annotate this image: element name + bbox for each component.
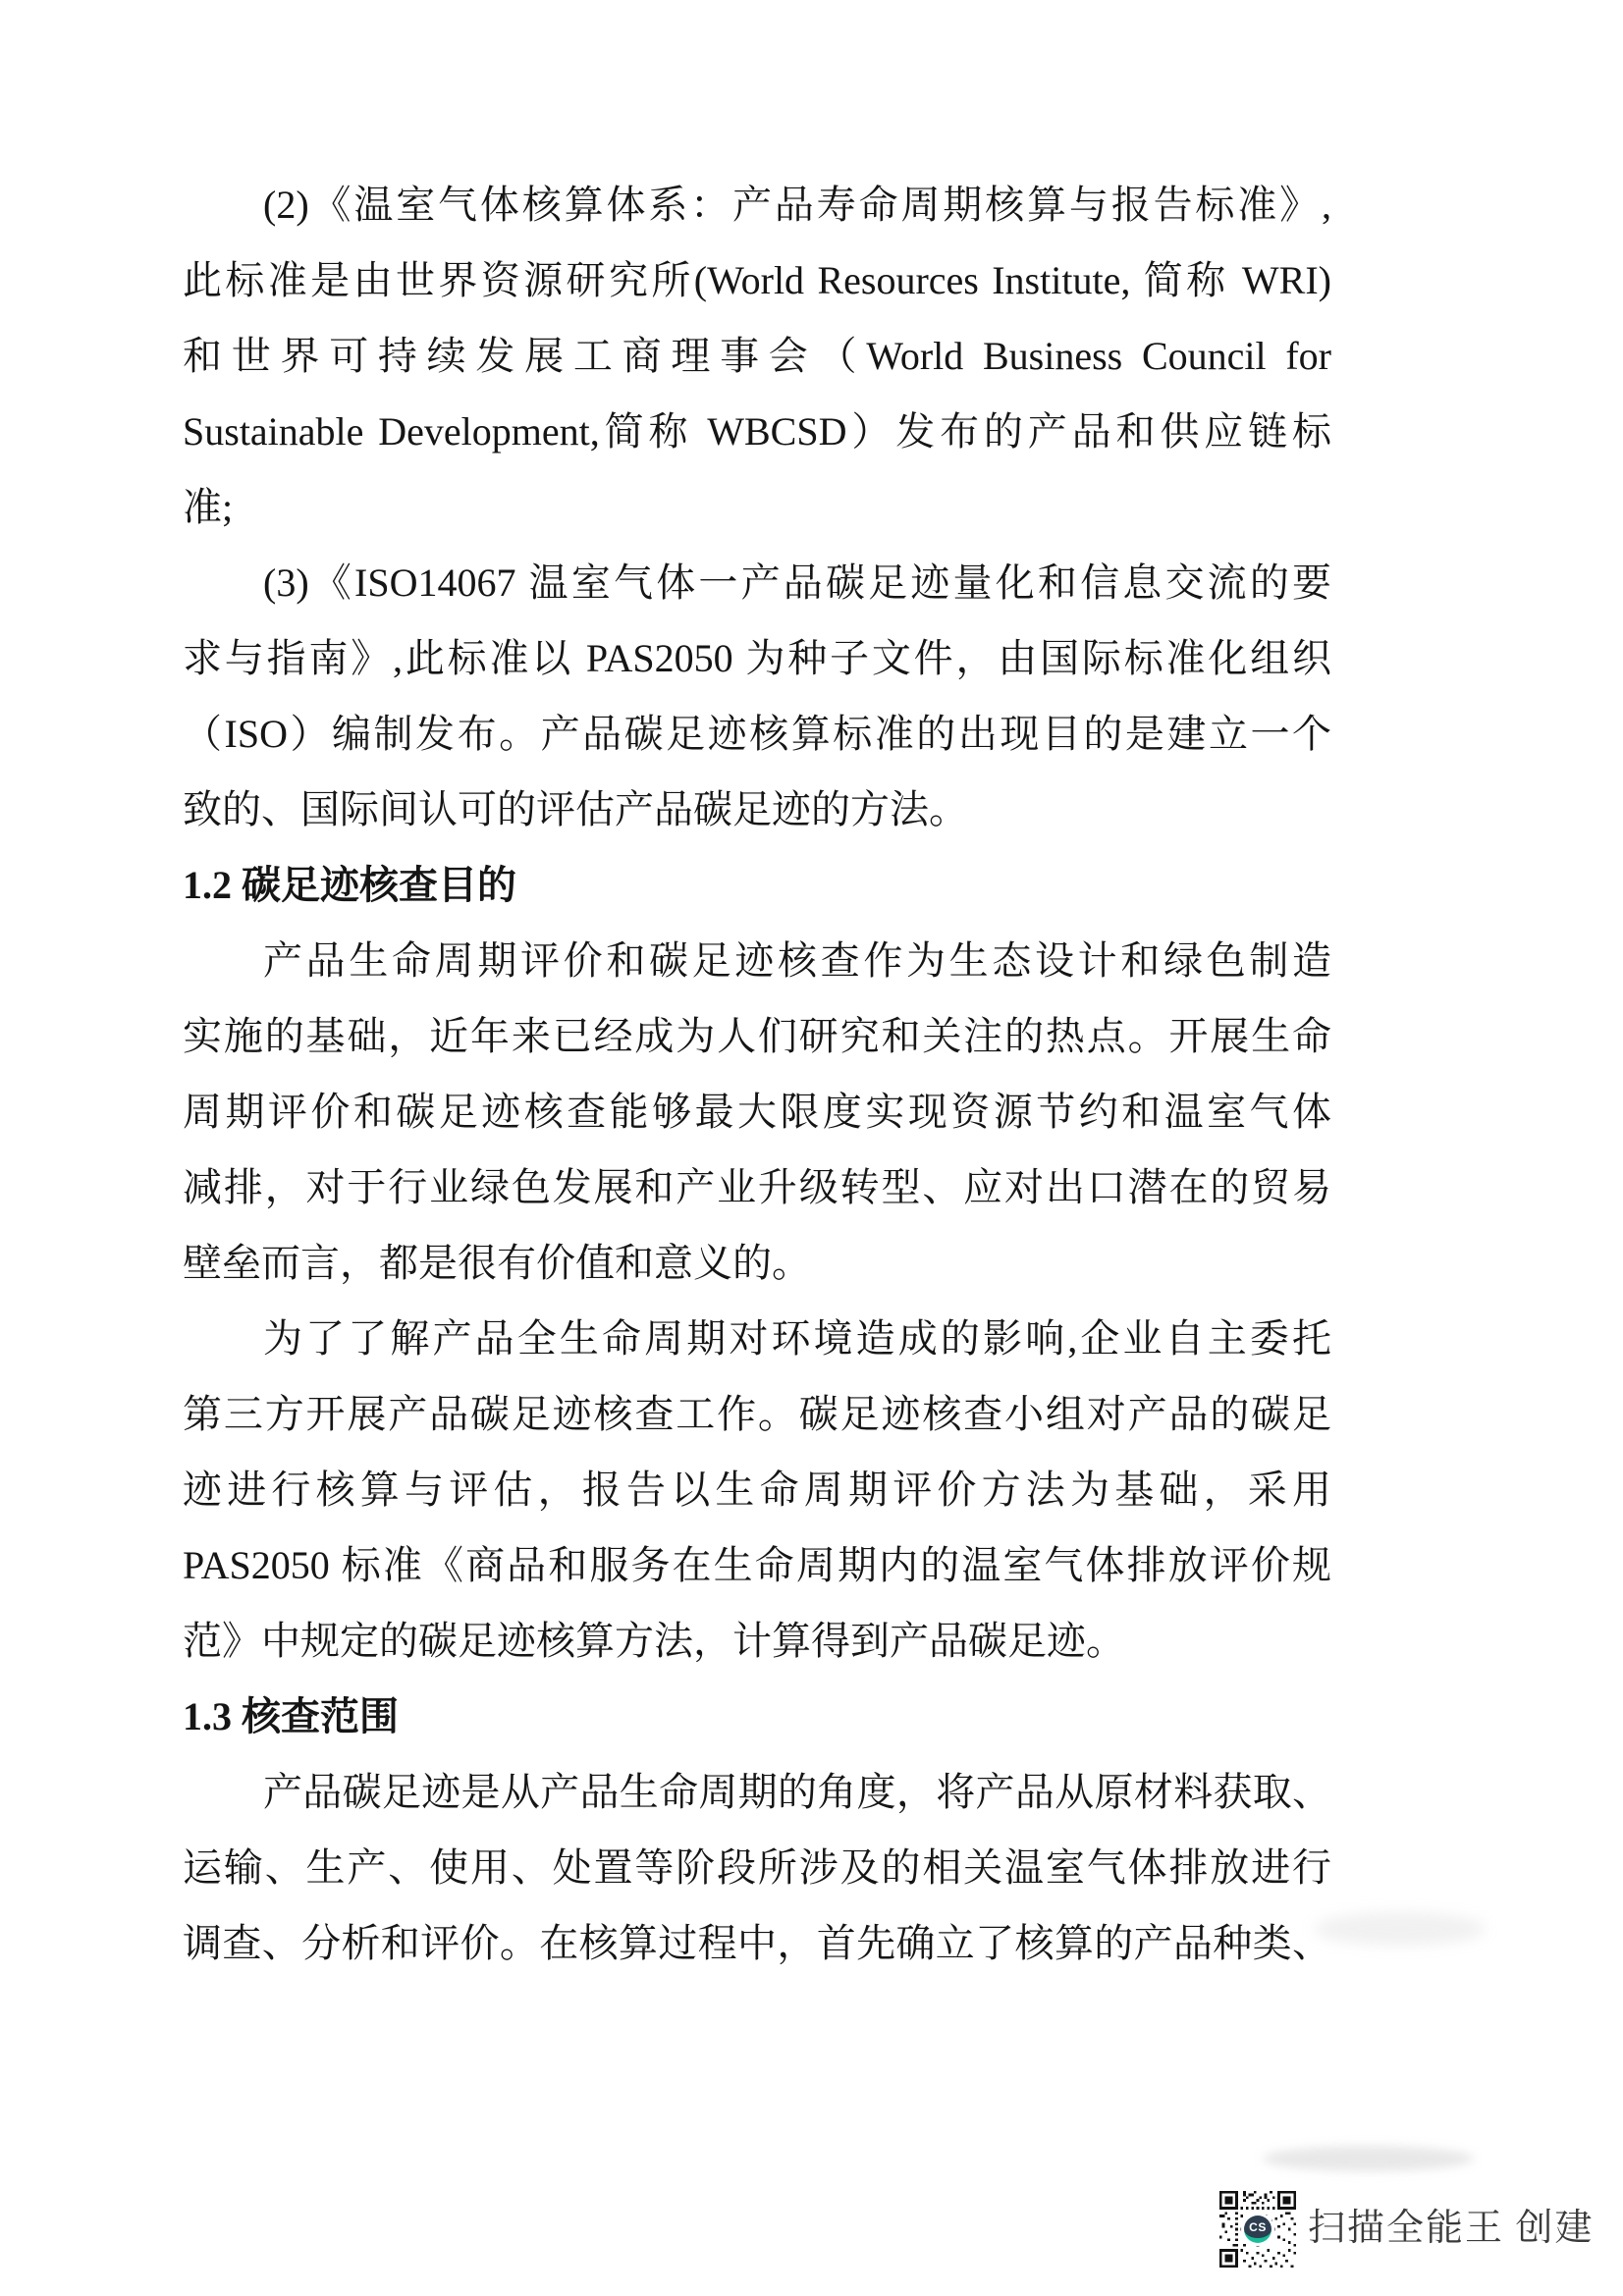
text-line: 求与指南》,此标准以 PAS2050 为种子文件，由国际标准化组织 bbox=[183, 620, 1331, 696]
camscanner-stamp-label: 扫描全能王 创建 bbox=[1308, 2209, 1595, 2248]
text-line: 和世界可持续发展工商理事会（World Business Council for bbox=[183, 318, 1331, 394]
text-line: 第三方开展产品碳足迹核查工作。碳足迹核查小组对产品的碳足 bbox=[183, 1376, 1331, 1452]
scan-artifact bbox=[1314, 1912, 1486, 1946]
text-line: (2)《温室气体核算体系：产品寿命周期核算与报告标准》, bbox=[183, 167, 1331, 242]
text-line: 范》中规定的碳足迹核算方法，计算得到产品碳足迹。 bbox=[183, 1603, 1331, 1679]
scan-artifact bbox=[1263, 2146, 1474, 2171]
text-line: 准; bbox=[183, 469, 1331, 545]
text-line: 产品碳足迹是从产品生命周期的角度，将产品从原材料获取、 bbox=[183, 1754, 1331, 1830]
text-line: 产品生命周期评价和碳足迹核查作为生态设计和绿色制造 bbox=[183, 923, 1331, 998]
text-line: （ISO）编制发布。产品碳足迹核算标准的出现目的是建立一个 bbox=[183, 696, 1331, 772]
text-line: 周期评价和碳足迹核查能够最大限度实现资源节约和温室气体 bbox=[183, 1074, 1331, 1149]
text-line: PAS2050 标准《商品和服务在生命周期内的温室气体排放评价规 bbox=[183, 1527, 1331, 1603]
scanned-document-page: (2)《温室气体核算体系：产品寿命周期核算与报告标准》, 此标准是由世界资源研究… bbox=[0, 0, 1623, 2296]
text-line: 此标准是由世界资源研究所(World Resources Institute, … bbox=[183, 242, 1331, 318]
text-line: 调查、分析和评价。在核算过程中，首先确立了核算的产品种类、 bbox=[183, 1905, 1331, 1981]
camscanner-stamp: CS 扫描全能王 创建 bbox=[1219, 2191, 1593, 2279]
text-line: 减排，对于行业绿色发展和产业升级转型、应对出口潜在的贸易 bbox=[183, 1149, 1331, 1225]
document-text: (2)《温室气体核算体系：产品寿命周期核算与报告标准》, 此标准是由世界资源研究… bbox=[183, 167, 1331, 1981]
camscanner-logo-icon: CS bbox=[1244, 2216, 1271, 2243]
text-line: 实施的基础，近年来已经成为人们研究和关注的热点。开展生命 bbox=[183, 998, 1331, 1074]
text-line: 壁垒而言，都是很有价值和意义的。 bbox=[183, 1225, 1331, 1301]
section-heading-1-2: 1.2 碳足迹核查目的 bbox=[183, 847, 1331, 923]
text-line: 为了了解产品全生命周期对环境造成的影响,企业自主委托 bbox=[183, 1301, 1331, 1376]
text-line: Sustainable Development,简称 WBCSD）发布的产品和供… bbox=[183, 394, 1331, 469]
section-heading-1-3: 1.3 核查范围 bbox=[183, 1679, 1331, 1754]
text-line: 迹进行核算与评估，报告以生命周期评价方法为基础，采用 bbox=[183, 1452, 1331, 1527]
text-line: 致的、国际间认可的评估产品碳足迹的方法。 bbox=[183, 772, 1331, 847]
camscanner-logo-text: CS bbox=[1249, 2220, 1267, 2234]
text-line: (3)《ISO14067 温室气体一产品碳足迹量化和信息交流的要 bbox=[183, 545, 1331, 620]
text-line: 运输、生产、使用、处置等阶段所涉及的相关温室气体排放进行 bbox=[183, 1830, 1331, 1905]
